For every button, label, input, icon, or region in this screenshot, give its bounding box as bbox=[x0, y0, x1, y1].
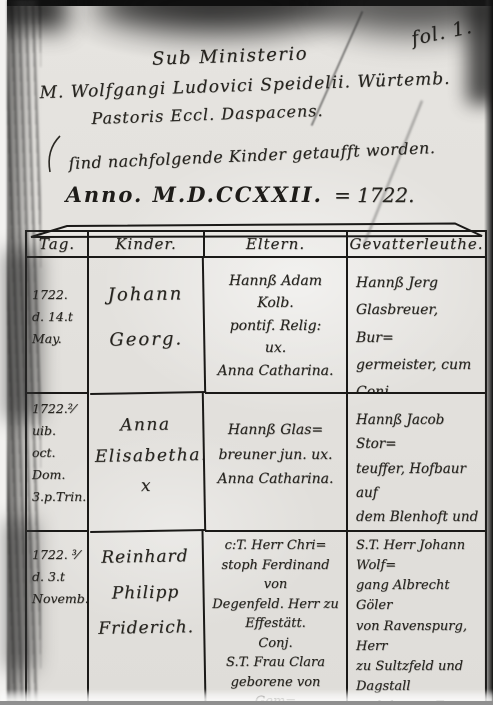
ink-smudge-corner bbox=[0, 0, 66, 30]
column-header-tag: Tag. bbox=[27, 232, 89, 258]
column-header-gevatterleuthe: Gevatterleuthe. bbox=[348, 232, 485, 258]
entry2-child: Anna Elisabetha. x bbox=[88, 393, 206, 533]
photostat-frame: fol. 1. Sub Ministerio M. Wolfgangi Ludo… bbox=[0, 0, 493, 705]
photo-top-edge bbox=[0, 0, 493, 6]
pastor-name-line: M. Wolfgangi Ludovici Speidelii. Würtemb… bbox=[25, 68, 465, 103]
year-heading: Anno. M.D.CCXXII. = 1722. bbox=[60, 182, 420, 207]
ink-smudge-top-left bbox=[95, 0, 345, 30]
column-header-eltern: Eltern. bbox=[205, 232, 348, 258]
entry3-date: 1722. ³⁄ d. 3.t Novemb. bbox=[27, 532, 89, 703]
folio-label: fol. 1. bbox=[410, 16, 475, 50]
entry3-child: Reinhard Philipp Friderich. bbox=[88, 531, 207, 704]
entry2-date: 1722.²⁄ uib. oct. Dom. 3.p.Trin. bbox=[27, 394, 89, 532]
photo-left-margin bbox=[0, 0, 7, 705]
column-header-kinder: Kinder. bbox=[89, 232, 205, 258]
ministry-title: Sub Ministerio bbox=[100, 41, 361, 71]
entry2-parents: Hannß Glas= breuner jun. ux. Anna Cathar… bbox=[205, 394, 348, 532]
baptism-register-table: Tag. Kinder. Eltern. Gevatterleuthe. 172… bbox=[25, 230, 487, 705]
entry1-godparents: Hannß Jerg Glasbreuer, Bur= germeister, … bbox=[348, 258, 485, 394]
entry3-parents: c:T. Herr Chri= stoph Ferdinand von Dege… bbox=[205, 532, 348, 703]
intro-line: ſind nachfolgende Kinder getaufft worden… bbox=[52, 137, 452, 173]
pastor-role-line: Pastoris Eccl. Daspacens. bbox=[60, 100, 355, 129]
entry1-date: 1722. d. 14.t May. bbox=[27, 258, 89, 394]
ink-smudge-right-edge bbox=[467, 0, 493, 104]
year-arabic: = 1722. bbox=[334, 183, 414, 207]
year-roman: Anno. M.D.CCXXII. bbox=[66, 182, 323, 207]
entry3-godparents: S.T. Herr Johann Wolf= gang Albrecht Göl… bbox=[348, 532, 485, 703]
entry1-parents: Hannß Adam Kolb. pontif. Relig: ux. Anna… bbox=[205, 258, 348, 394]
entry1-child: Johann Georg. bbox=[88, 257, 206, 395]
entry2-godparents: Hannß Jacob Stor= teuffer, Hofbaur auf d… bbox=[348, 394, 485, 532]
